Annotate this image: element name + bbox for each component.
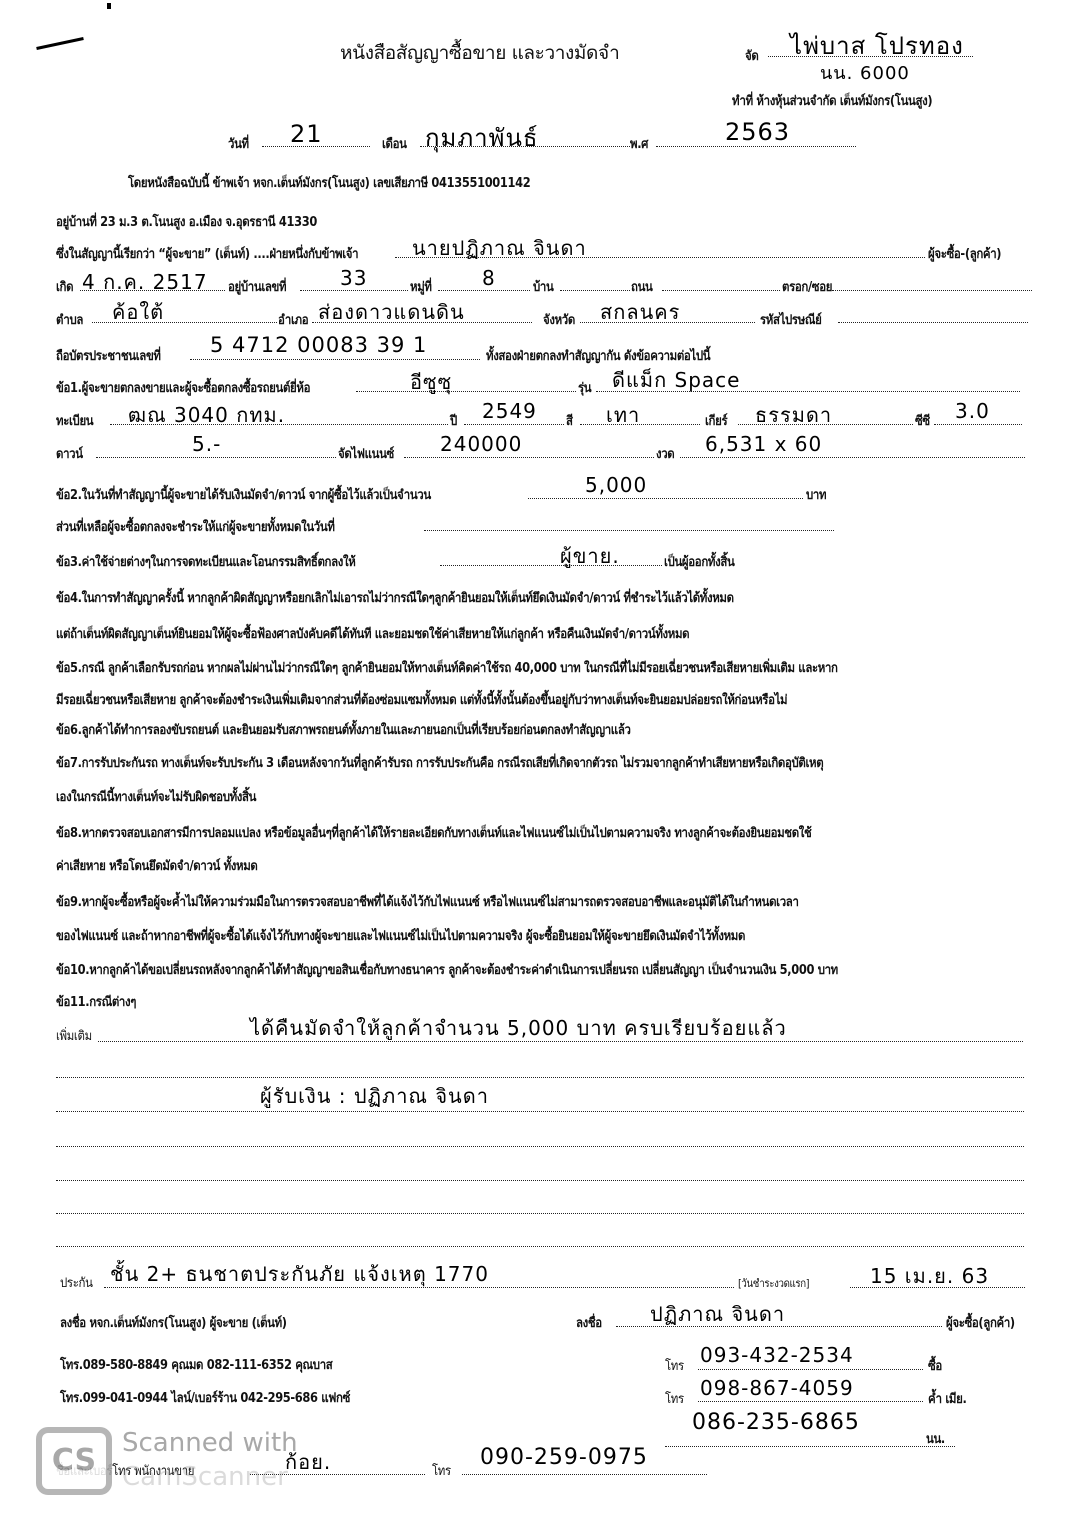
province-label: จังหวัด: [543, 309, 575, 330]
clause-4-line-1: ข้อ4.ในการทำสัญญาครั้งนี้ หากลูกค้าผิดสั…: [56, 587, 734, 608]
clause-2-unit: บาท: [806, 484, 826, 505]
birth-label: เกิด: [56, 276, 73, 297]
arranged-by-label: จัด: [745, 45, 758, 66]
clause-9-line-1: ข้อ9.หากผู้จะซื้อหรือผู้จะค้ำไม่ให้ความร…: [56, 891, 799, 912]
gear-value: ธรรมดา: [755, 399, 832, 431]
extra-text-1: ได้คืนมัดจำให้ลูกค้าจำนวน 5,000 บาท ครบเ…: [250, 1012, 787, 1044]
plate-value: ฒณ 3040 กทม.: [128, 399, 285, 431]
buyer-phone-1-tag: ซื้อ: [928, 1355, 942, 1376]
scan-mark: [107, 3, 111, 9]
buyer-phone-1-label: โทร: [665, 1355, 684, 1376]
seller-intro: โดยหนังสือฉบับนี้ ข้าพเจ้า หจก.เต็นท์มัง…: [128, 172, 530, 193]
buyer-role-label: ผู้จะซื้อ-(ลูกค้า): [928, 243, 1001, 264]
extra-line-5: [56, 1180, 1024, 1181]
arranged-note: นน. 6000: [820, 58, 910, 87]
buyer-phone-2-label: โทร: [665, 1388, 684, 1409]
color-label: สี: [566, 410, 573, 431]
clause-3-line: [440, 565, 662, 566]
first-due-label: [วันชำระงวดแรก]: [738, 1274, 809, 1292]
staff-phone-label: โทร: [432, 1460, 451, 1481]
extra-label: เพิ่มเติม: [56, 1025, 92, 1046]
down-value: 5.-: [192, 432, 221, 456]
soi-label: ตรอก/ซอย: [782, 276, 832, 297]
cc-value: 3.0: [955, 399, 990, 423]
finance-value: 240000: [440, 432, 522, 456]
postcode-label: รหัสไปรษณีย์: [760, 309, 822, 330]
color-value: เทา: [606, 399, 640, 431]
buyer-phone-3-line: [665, 1446, 955, 1447]
scan-mark: [36, 37, 84, 50]
year-vehicle-value: 2549: [482, 399, 537, 423]
id-line: [190, 359, 480, 360]
village-line: [560, 290, 630, 291]
clause-3-value: ผู้ขาย.: [560, 540, 620, 572]
district-label: อำเภอ: [278, 309, 308, 330]
moo-label: หมู่ที่: [410, 276, 432, 297]
buyer-phone-3: 086-235-6865: [692, 1410, 860, 1435]
extra-line-6: [56, 1213, 1024, 1214]
clause-5-line-1: ข้อ5.กรณี ลูกค้าเลือกรับรถก่อน หากผลไม่ผ…: [56, 657, 838, 678]
clause-2b-line: [424, 530, 834, 531]
postcode-line: [838, 322, 1028, 323]
buyer-intro-label: ซึ่งในสัญญานี้เรียกว่า “ผู้จะขาย” (เต็นท…: [56, 243, 358, 264]
clause-5-line-2: มีรอยเฉี่ยวชนหรือเสียหาย ลูกค้าจะต้องชำร…: [56, 689, 787, 710]
month-label: เดือน: [382, 133, 407, 154]
id-suffix: ทั้งสองฝ่ายตกลงทำสัญญากัน ดังข้อความต่อไ…: [486, 345, 710, 366]
subdistrict-label: ตำบล: [56, 309, 83, 330]
subdistrict-value: ค้อใต้: [112, 296, 164, 328]
province-value: สกลนคร: [600, 296, 680, 328]
district-value: ส่องดาวแดนดิน: [318, 296, 465, 328]
seller-address: อยู่บ้านที่ 23 ม.3 ต.โนนสูง อ.เมือง จ.อุ…: [56, 211, 317, 232]
model-value: ดีแม็ก Space: [612, 364, 740, 396]
moo-value: 8: [482, 266, 496, 290]
road-line: [662, 290, 780, 291]
day-value: 21: [290, 120, 323, 148]
extra-line-3: [56, 1111, 1024, 1112]
month-value: กุมภาพันธ์: [425, 118, 539, 157]
year-line: [656, 146, 856, 147]
clause-2-label: ข้อ2.ในวันที่ทำสัญญานี้ผู้จะขายได้รับเงิ…: [56, 484, 431, 505]
staff-phone-line: [462, 1474, 707, 1475]
plate-label: ทะเบียน: [56, 410, 93, 431]
first-due-value: 15 เม.ย. 63: [870, 1260, 989, 1292]
staff-phone: 090-259-0975: [480, 1445, 648, 1470]
clause-2b-label: ส่วนที่เหลือผู้จะซื้อตกลงจะชำระให้แก่ผู้…: [56, 516, 335, 537]
clause-8-line-1: ข้อ8.หากตรวจสอบเอกสารมีการปลอมแปลง หรือข…: [56, 822, 811, 843]
buyer-phone-1-line: [698, 1369, 923, 1370]
seller-phone-1: โทร.089-580-8849 คุณมด 082-111-6352 คุณบ…: [60, 1354, 332, 1375]
watermark-line-2: CamScanner: [122, 1462, 288, 1492]
soi-line: [832, 290, 1032, 291]
down-label: ดาวน์: [56, 443, 83, 464]
clause-8-line-2: ค่าเสียหาย หรือโดนยึดมัดจำ/ดาวน์ ทั้งหมด: [56, 855, 257, 876]
clause-6: ข้อ6.ลูกค้าได้ทำการลองขับรถยนต์ และยินยอ…: [56, 719, 631, 740]
buyer-phone-3-tag: นน.: [926, 1428, 945, 1449]
model-label: รุ่น: [578, 377, 591, 398]
id-value: 5 4712 00083 39 1: [210, 333, 427, 357]
clause-11: ข้อ11.กรณีต่างๆ: [56, 991, 136, 1012]
day-label: วันที่: [228, 133, 249, 154]
buyer-phone-2-tag: ค้ำ เมีย.: [928, 1388, 966, 1409]
finance-label: จัดไฟแนนซ์: [338, 443, 394, 464]
moo-line: [438, 290, 530, 291]
watermark-line-1: Scanned with: [122, 1428, 298, 1458]
clause-2-value: 5,000: [585, 473, 647, 497]
clause-3-label: ข้อ3.ค่าใช้จ่ายต่างๆในการจดทะเบียนและโอน…: [56, 551, 355, 572]
installment-label: งวด: [656, 443, 674, 464]
cc-label: ซีซี: [915, 410, 930, 431]
finance-line: [404, 457, 654, 458]
extra-line-4: [56, 1146, 1024, 1147]
clause-7-line-1: ข้อ7.การรับประกันรถ ทางเต็นท์จะรับประกัน…: [56, 752, 823, 773]
buyer-role: ผู้จะซื้อ(ลูกค้า): [946, 1312, 1015, 1333]
clause-3-suffix: เป็นผู้ออกทั้งสิ้น: [664, 551, 734, 572]
clause-4-line-2: แต่ถ้าเต็นท์ผิดสัญญาเต็นท์ยินยอมให้ผู้จะ…: [56, 623, 689, 644]
brand-value: อีซูซุ: [410, 366, 452, 398]
extra-line-2: [56, 1077, 1024, 1078]
village-label: บ้าน: [533, 276, 553, 297]
installment-value: 6,531 x 60: [705, 432, 822, 456]
id-label: ถือบัตรประชาชนเลขที่: [56, 345, 161, 366]
installment-line: [680, 457, 1025, 458]
extra-text-2: ผู้รับเงิน : ปฏิภาณ จินดา: [260, 1080, 489, 1112]
buyer-phone-2-line: [698, 1401, 923, 1402]
made-at: ทำที่ ห้างหุ้นส่วนจำกัด เต็นท์มังกร(โนนส…: [732, 90, 932, 111]
house-no-label: อยู่บ้านเลขที่: [228, 276, 286, 297]
camscanner-logo-text: CS: [42, 1433, 106, 1489]
house-no-value: 33: [340, 266, 367, 290]
brand-line: [356, 391, 576, 392]
buyer-name: นายปฏิภาณ จินดา: [412, 232, 587, 264]
down-line: [96, 457, 336, 458]
birth-value: 4 ก.ค. 2517: [82, 266, 208, 298]
buyer-signature: ปฏิภาณ จินดา: [650, 1298, 785, 1330]
clause-7-line-2: เองในกรณีนี้ทางเต็นท์จะไม่รับผิดชอบทั้งส…: [56, 786, 256, 807]
seller-phone-2: โทร.099-041-0944 ไลน์/เบอร์ร้าน 042-295-…: [60, 1387, 350, 1408]
year-label-vehicle: ปี: [450, 410, 457, 431]
gear-label: เกียร์: [705, 410, 727, 431]
buyer-sign-label: ลงชื่อ: [576, 1312, 602, 1333]
camscanner-logo-icon: CS: [36, 1427, 112, 1495]
seller-signature: ลงชื่อ หจก.เต็นท์มังกร(โนนสูง) ผู้จะขาย …: [60, 1312, 287, 1333]
clause-2-line: [528, 498, 803, 499]
year-label: พ.ศ: [630, 133, 648, 154]
year-value: 2563: [725, 118, 790, 146]
clause-10: ข้อ10.หากลูกค้าได้ขอเปลี่ยนรถหลังจากลูกค…: [56, 959, 838, 980]
extra-line-7: [56, 1246, 1024, 1247]
insurance-value: ชั้น 2+ ธนชาตประกันภัย แจ้งเหตุ 1770: [110, 1258, 489, 1290]
house-no-line: [300, 290, 408, 291]
insurance-label: ประกัน: [60, 1272, 93, 1293]
cc-line: [934, 424, 1022, 425]
road-label: ถนน: [631, 276, 653, 297]
buyer-phone-2: 098-867-4059: [700, 1376, 854, 1400]
clause-1-label: ข้อ1.ผู้จะขายตกลงขายและผู้จะซื้อตกลงซื้อ…: [56, 377, 310, 398]
buyer-phone-1: 093-432-2534: [700, 1343, 854, 1367]
year-vehicle-line: [464, 424, 564, 425]
document-title: หนังสือสัญญาซื้อขาย และวางมัดจำ: [340, 38, 619, 68]
clause-9-line-2: ของไฟแนนซ์ และถ้าหากอาชีพที่ผู้จะซื้อได้…: [56, 925, 745, 946]
